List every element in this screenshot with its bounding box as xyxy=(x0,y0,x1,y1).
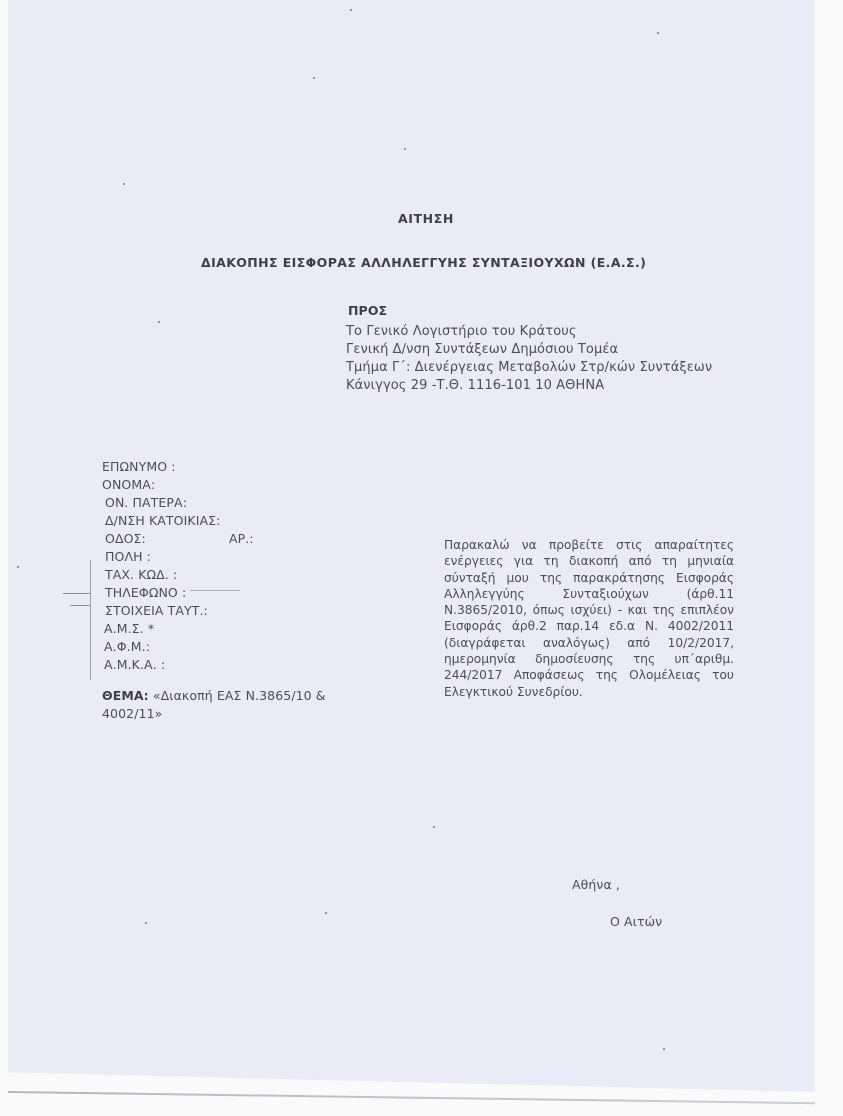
scan-speck xyxy=(663,1048,665,1050)
place-date: Αθήνα , xyxy=(572,877,620,892)
field-postal-code: ΤΑΧ. ΚΩΔ. : xyxy=(105,567,177,582)
field-street-number: ΑΡ.: xyxy=(229,531,254,546)
signer-label: Ο Αιτών xyxy=(610,914,662,929)
subject-label: ΘΕΜΑ: xyxy=(102,688,149,703)
field-city: ΠΟΛΗ : xyxy=(105,549,151,564)
scan-speck xyxy=(145,922,147,924)
paper-bottom-edge xyxy=(8,1091,815,1104)
scan-speck xyxy=(17,566,19,568)
scan-speck xyxy=(657,32,659,34)
field-address: Δ/ΝΣΗ ΚΑΤΟΙΚΙΑΣ: xyxy=(105,513,220,528)
field-surname: ΕΠΩΝΥΜΟ : xyxy=(102,459,176,474)
scan-speck xyxy=(123,183,125,185)
field-afm: Α.Φ.Μ.: xyxy=(104,639,150,654)
scan-speck xyxy=(158,321,160,323)
field-father-name: ΟΝ. ΠΑΤΕΡΑ: xyxy=(105,495,187,510)
scan-speck xyxy=(350,9,352,11)
recipient-line: Κάνιγγος 29 -Τ.Θ. 1116-101 10 ΑΘΗΝΑ xyxy=(346,378,604,393)
field-id-details: ΣΤΟΙΧΕΙΑ ΤΑΥΤ.: xyxy=(105,603,208,618)
recipient-heading: ΠΡΟΣ xyxy=(348,303,387,318)
margin-mark xyxy=(63,593,91,594)
margin-mark xyxy=(70,605,90,606)
field-street: ΟΔΟΣ: xyxy=(105,531,146,546)
scan-speck xyxy=(433,826,435,828)
recipient-line: Γενική Δ/νση Συντάξεων Δημόσιου Τομέα xyxy=(346,342,618,357)
scan-speck xyxy=(325,912,327,914)
scan-speck xyxy=(404,148,406,150)
field-ams: Α.Μ.Σ. * xyxy=(104,621,154,636)
margin-mark xyxy=(90,560,91,680)
document-subtitle: ΔΙΑΚΟΠΗΣ ΕΙΣΦΟΡΑΣ ΑΛΛΗΛΕΓΓΥΗΣ ΣΥΝΤΑΞΙΟΥΧ… xyxy=(201,255,646,270)
field-amka: Α.Μ.Κ.Α. : xyxy=(104,657,165,672)
request-body: Παρακαλώ να προβείτε στις απαραίτητες εν… xyxy=(444,537,734,700)
document-title: ΑΙΤΗΣΗ xyxy=(398,211,454,226)
recipient-line: Το Γενικό Λογιστήριο του Κράτους xyxy=(346,324,577,339)
field-name: ΟΝΟΜΑ: xyxy=(102,477,155,492)
scan-speck xyxy=(313,77,315,79)
recipient-line: Τμήμα Γ΄: Διενέργειας Μεταβολών Στρ/κών … xyxy=(346,360,712,375)
field-phone: ΤΗΛΕΦΩΝΟ : xyxy=(105,585,186,600)
subject: ΘΕΜΑ: «Διακοπή ΕΑΣ Ν.3865/10 & 4002/11» xyxy=(102,687,352,723)
phone-dash-line xyxy=(190,590,240,591)
